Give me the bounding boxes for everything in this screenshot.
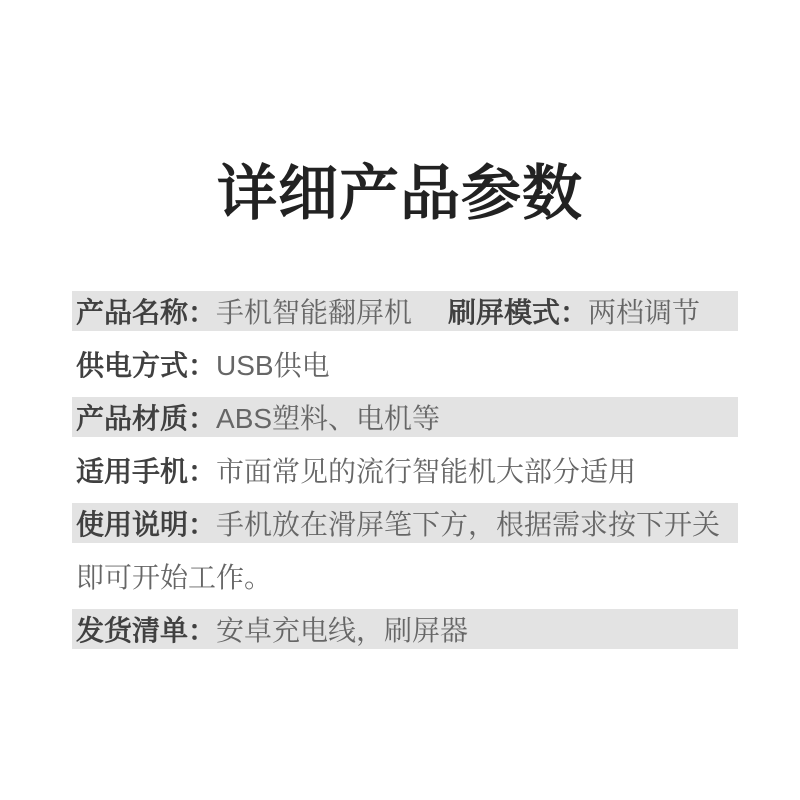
spec-row-package-contents: 发货清单： 安卓充电线，刷屏器 (72, 609, 738, 649)
spec-value-package-contents: 安卓充电线，刷屏器 (216, 609, 468, 649)
spec-row-material: 产品材质： ABS塑料、电机等 (72, 397, 738, 437)
spec-row-usage-instructions: 使用说明： 手机放在滑屏笔下方，根据需求按下开关 (72, 503, 738, 543)
spec-row-power-supply: 供电方式： USB供电 (72, 344, 738, 384)
spec-value-product-name: 手机智能翻屏机 (216, 291, 412, 331)
spec-row-compatible-phones: 适用手机： 市面常见的流行智能机大部分适用 (72, 450, 738, 490)
spec-label-swipe-mode: 刷屏模式： (448, 291, 588, 331)
spec-value-usage-instructions: 手机放在滑屏笔下方，根据需求按下开关 (216, 503, 720, 543)
spec-table: 产品名称： 手机智能翻屏机 刷屏模式： 两档调节 供电方式： USB供电 产品材… (72, 291, 738, 662)
spec-row-usage-instructions-continued: 即可开始工作。 (72, 556, 738, 596)
spec-value-compatible-phones: 市面常见的流行智能机大部分适用 (216, 450, 636, 490)
spec-value-swipe-mode: 两档调节 (588, 291, 700, 331)
spec-label-compatible-phones: 适用手机： (76, 450, 216, 490)
spec-value-material: ABS塑料、电机等 (216, 397, 440, 437)
spec-row-product-name-and-mode: 产品名称： 手机智能翻屏机 刷屏模式： 两档调节 (72, 291, 738, 331)
spec-label-package-contents: 发货清单： (76, 609, 216, 649)
spec-label-power-supply: 供电方式： (76, 344, 216, 384)
spec-label-product-name: 产品名称： (76, 291, 216, 331)
spec-label-material: 产品材质： (76, 397, 216, 437)
page-title: 详细产品参数 (0, 146, 800, 232)
spec-value-usage-instructions-continued: 即可开始工作。 (76, 556, 272, 596)
spec-label-usage-instructions: 使用说明： (76, 503, 216, 543)
spec-value-power-supply: USB供电 (216, 344, 330, 384)
